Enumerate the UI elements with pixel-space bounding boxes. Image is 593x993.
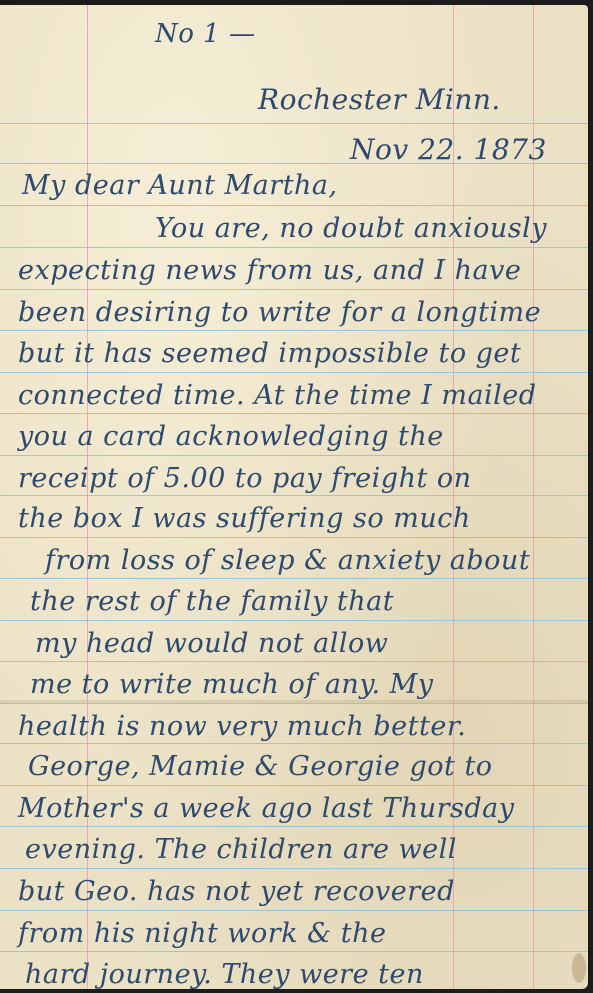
letter-line: evening. The children are well (25, 834, 457, 865)
ruled-line (0, 826, 588, 827)
ruled-line (0, 205, 588, 206)
ruled-line (0, 620, 588, 621)
ruled-line (0, 455, 588, 456)
ruled-line (0, 123, 588, 124)
ruled-line (0, 537, 588, 538)
paper-stain (572, 953, 586, 983)
ruled-line (0, 743, 588, 744)
ruled-line (0, 247, 588, 248)
ruled-line (0, 289, 588, 290)
letter-line: You are, no doubt anxiously (155, 213, 547, 244)
ruled-line (0, 578, 588, 579)
letter-line: hard journey. They were ten (25, 959, 424, 989)
letter-line: been desiring to write for a longtime (18, 297, 541, 328)
letter-line: expecting news from us, and I have (18, 255, 521, 286)
letter-line: but Geo. has not yet recovered (18, 876, 455, 907)
letter-line: my head would not allow (35, 628, 388, 659)
ruled-line (0, 330, 588, 331)
ruled-line (0, 413, 588, 414)
letter-line: from loss of sleep & anxiety about (45, 545, 530, 576)
ruled-line (0, 910, 588, 911)
letter-line: but it has seemed impossible to get (18, 338, 521, 369)
letter-line: the rest of the family that (30, 586, 394, 617)
paper-fold (0, 700, 588, 703)
ruled-line (0, 785, 588, 786)
ruled-line (0, 703, 588, 704)
letter-line: health is now very much better. (18, 711, 466, 742)
letter-number: No 1 — (155, 19, 255, 49)
letter-line: George, Mamie & Georgie got to (28, 751, 493, 782)
letter-line: you a card acknowledging the (18, 421, 444, 452)
letter-place: Rochester Minn. (258, 83, 501, 116)
ruled-line (0, 495, 588, 496)
letter-line: Mother's a week ago last Thursday (18, 793, 515, 824)
letter-line: me to write much of any. My (30, 669, 434, 700)
ruled-line (0, 661, 588, 662)
letter-line: the box I was suffering so much (18, 503, 471, 534)
letter-line: receipt of 5.00 to pay freight on (18, 463, 472, 494)
letter-page: No 1 — Rochester Minn. Nov 22. 1873 My d… (0, 5, 588, 989)
letter-line: connected time. At the time I mailed (18, 380, 537, 411)
salutation: My dear Aunt Martha, (22, 170, 338, 201)
letter-date: Nov 22. 1873 (350, 133, 547, 166)
ruled-line (0, 372, 588, 373)
ruled-line (0, 868, 588, 869)
ruled-line (0, 951, 588, 952)
letter-line: from his night work & the (18, 918, 386, 949)
